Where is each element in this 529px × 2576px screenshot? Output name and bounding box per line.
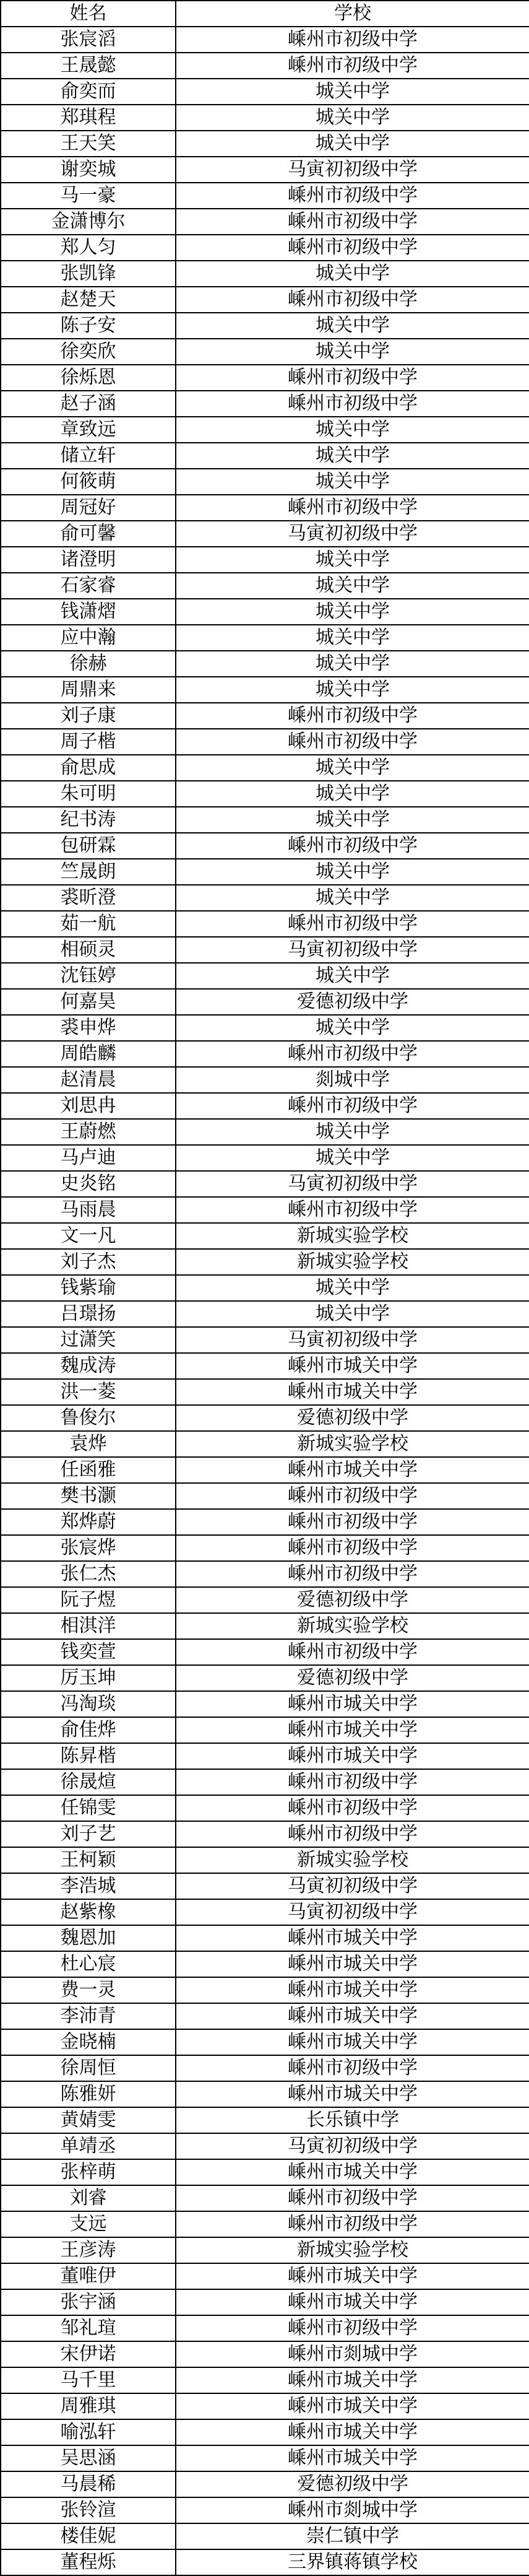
student-name-cell: 张宇涵 <box>1 2289 176 2315</box>
student-name-cell: 周子楷 <box>1 729 176 755</box>
school-cell: 爱德初级中学 <box>176 1665 529 1691</box>
student-name-cell: 应中瀚 <box>1 625 176 651</box>
school-cell: 嵊州市城关中学 <box>176 2289 529 2315</box>
student-name-cell: 陈雅妍 <box>1 2081 176 2107</box>
school-cell: 城关中学 <box>176 651 529 677</box>
school-cell: 城关中学 <box>176 261 529 287</box>
table-row: 吴思涵 嵊州市城关中学 <box>1 2445 529 2471</box>
table-row: 刘睿 嵊州市初级中学 <box>1 2185 529 2211</box>
table-row: 张宇涵 嵊州市城关中学 <box>1 2289 529 2315</box>
column-header-name: 姓名 <box>1 1 176 27</box>
table-row: 任函雅 嵊州市城关中学 <box>1 1457 529 1483</box>
table-row: 徐烁恩 嵊州市初级中学 <box>1 365 529 391</box>
student-name-cell: 马千里 <box>1 2367 176 2393</box>
school-cell: 马寅初初级中学 <box>176 1873 529 1899</box>
school-cell: 嵊州市城关中学 <box>176 1951 529 1977</box>
student-name-cell: 钱奕萱 <box>1 1639 176 1665</box>
table-row: 阮子煜 爱德初级中学 <box>1 1587 529 1613</box>
student-name-cell: 任锦雯 <box>1 1795 176 1821</box>
school-cell: 剡城中学 <box>176 1067 529 1093</box>
school-cell: 城关中学 <box>176 131 529 157</box>
student-name-cell: 魏恩加 <box>1 1925 176 1951</box>
school-cell: 嵊州市城关中学 <box>176 2393 529 2419</box>
table-row: 裘昕澄 城关中学 <box>1 885 529 911</box>
table-row: 过潇笑 马寅初初级中学 <box>1 1327 529 1353</box>
school-cell: 马寅初初级中学 <box>176 2133 529 2159</box>
school-cell: 嵊州市初级中学 <box>176 1509 529 1535</box>
student-name-cell: 竺晟朗 <box>1 859 176 885</box>
table-row: 石家睿 城关中学 <box>1 573 529 599</box>
table-row: 金晓楠 嵊州市城关中学 <box>1 2029 529 2055</box>
student-name-cell: 文一凡 <box>1 1223 176 1249</box>
school-cell: 城关中学 <box>176 573 529 599</box>
table-row: 徐周恒 嵊州市初级中学 <box>1 2055 529 2081</box>
student-name-cell: 郑烨蔚 <box>1 1509 176 1535</box>
student-name-cell: 李沛青 <box>1 2003 176 2029</box>
school-cell: 城关中学 <box>176 547 529 573</box>
student-name-cell: 赵清晨 <box>1 1067 176 1093</box>
school-cell: 嵊州市初级中学 <box>176 1535 529 1561</box>
student-name-cell: 王彦涛 <box>1 2237 176 2263</box>
school-cell: 城关中学 <box>176 105 529 131</box>
school-cell: 城关中学 <box>176 807 529 833</box>
table-row: 俞奕而 城关中学 <box>1 79 529 105</box>
student-name-cell: 王晟懿 <box>1 53 176 79</box>
student-name-cell: 黄婧雯 <box>1 2107 176 2133</box>
school-cell: 嵊州市城关中学 <box>176 1457 529 1483</box>
school-cell: 新城实验学校 <box>176 1613 529 1639</box>
school-cell: 城关中学 <box>176 599 529 625</box>
student-name-cell: 单靖丞 <box>1 2133 176 2159</box>
school-cell: 嵊州市初级中学 <box>176 1795 529 1821</box>
table-row: 裘申烨 城关中学 <box>1 1015 529 1041</box>
school-cell: 城关中学 <box>176 781 529 807</box>
school-cell: 城关中学 <box>176 859 529 885</box>
student-name-cell: 徐周恒 <box>1 2055 176 2081</box>
student-name-cell: 张凯锋 <box>1 261 176 287</box>
table-row: 何筱萌 城关中学 <box>1 469 529 495</box>
table-row: 朱可明 城关中学 <box>1 781 529 807</box>
school-cell: 城关中学 <box>176 417 529 443</box>
student-name-cell: 周冠好 <box>1 495 176 521</box>
school-cell: 嵊州市剡城中学 <box>176 2341 529 2367</box>
student-name-cell: 诸澄明 <box>1 547 176 573</box>
table-row: 沈钰婷 城关中学 <box>1 963 529 989</box>
student-name-cell: 裘申烨 <box>1 1015 176 1041</box>
school-cell: 嵊州市剡城中学 <box>176 2497 529 2523</box>
student-name-cell: 邹礼瑄 <box>1 2315 176 2341</box>
table-row: 宋伊诺 嵊州市剡城中学 <box>1 2341 529 2367</box>
student-name-cell: 王蔚燃 <box>1 1119 176 1145</box>
table-row: 邹礼瑄 嵊州市初级中学 <box>1 2315 529 2341</box>
school-cell: 城关中学 <box>176 339 529 365</box>
student-name-cell: 俞佳烨 <box>1 1717 176 1743</box>
table-row: 诸澄明 城关中学 <box>1 547 529 573</box>
student-name-cell: 马一豪 <box>1 183 176 209</box>
school-cell: 嵊州市初级中学 <box>176 365 529 391</box>
student-name-cell: 鲁俊尔 <box>1 1405 176 1431</box>
student-name-cell: 支远 <box>1 2211 176 2237</box>
student-name-cell: 徐晟煊 <box>1 1769 176 1795</box>
table-row: 章致远 城关中学 <box>1 417 529 443</box>
table-row: 支远 嵊州市初级中学 <box>1 2211 529 2237</box>
student-name-cell: 董程烁 <box>1 2549 176 2575</box>
table-row: 马卢迪 城关中学 <box>1 1145 529 1171</box>
school-cell: 嵊州市初级中学 <box>176 1639 529 1665</box>
student-name-cell: 刘思冉 <box>1 1093 176 1119</box>
school-cell: 嵊州市城关中学 <box>176 2263 529 2289</box>
column-header-school: 学校 <box>176 1 529 27</box>
student-name-cell: 郑人匀 <box>1 235 176 261</box>
student-name-cell: 裘昕澄 <box>1 885 176 911</box>
school-cell: 嵊州市初级中学 <box>176 2211 529 2237</box>
school-cell: 嵊州市初级中学 <box>176 2315 529 2341</box>
table-header: 姓名 学校 <box>1 1 529 27</box>
school-cell: 城关中学 <box>176 625 529 651</box>
table-row: 魏恩加 嵊州市城关中学 <box>1 1925 529 1951</box>
table-row: 相硕灵 马寅初初级中学 <box>1 937 529 963</box>
student-name-cell: 王柯颖 <box>1 1847 176 1873</box>
student-name-cell: 喻泓轩 <box>1 2419 176 2445</box>
school-cell: 新城实验学校 <box>176 1847 529 1873</box>
table-row: 周冠好 嵊州市初级中学 <box>1 495 529 521</box>
student-name-cell: 谢奕城 <box>1 157 176 183</box>
table-row: 俞思成 城关中学 <box>1 755 529 781</box>
student-name-cell: 袁烨 <box>1 1431 176 1457</box>
school-cell: 爱德初级中学 <box>176 1405 529 1431</box>
school-cell: 爱德初级中学 <box>176 2471 529 2497</box>
table-row: 黄婧雯 长乐镇中学 <box>1 2107 529 2133</box>
table-row: 周子楷 嵊州市初级中学 <box>1 729 529 755</box>
school-cell: 嵊州市初级中学 <box>176 1769 529 1795</box>
school-cell: 嵊州市初级中学 <box>176 703 529 729</box>
table-row: 马晨稀 爱德初级中学 <box>1 2471 529 2497</box>
student-name-cell: 钱紫瑜 <box>1 1275 176 1301</box>
student-name-cell: 刘子艺 <box>1 1821 176 1847</box>
school-cell: 嵊州市城关中学 <box>176 2159 529 2185</box>
table-row: 赵清晨 剡城中学 <box>1 1067 529 1093</box>
header-row: 姓名 学校 <box>1 1 529 27</box>
table-row: 杜心宸 嵊州市城关中学 <box>1 1951 529 1977</box>
table-row: 李沛青 嵊州市城关中学 <box>1 2003 529 2029</box>
student-name-cell: 王天笑 <box>1 131 176 157</box>
table-row: 任锦雯 嵊州市初级中学 <box>1 1795 529 1821</box>
table-row: 张宸滔 嵊州市初级中学 <box>1 27 529 53</box>
student-name-cell: 周雅琪 <box>1 2393 176 2419</box>
school-cell: 嵊州市初级中学 <box>176 1041 529 1067</box>
student-name-cell: 魏成涛 <box>1 1353 176 1379</box>
table-row: 应中瀚 城关中学 <box>1 625 529 651</box>
table-row: 周鼎来 城关中学 <box>1 677 529 703</box>
student-name-cell: 阮子煜 <box>1 1587 176 1613</box>
student-name-cell: 张梓萌 <box>1 2159 176 2185</box>
school-cell: 城关中学 <box>176 1015 529 1041</box>
table-row: 张凯锋 城关中学 <box>1 261 529 287</box>
table-row: 厉玉坤 爱德初级中学 <box>1 1665 529 1691</box>
school-cell: 爱德初级中学 <box>176 989 529 1015</box>
school-cell: 嵊州市初级中学 <box>176 911 529 937</box>
student-name-cell: 俞可馨 <box>1 521 176 547</box>
table-row: 刘子艺 嵊州市初级中学 <box>1 1821 529 1847</box>
table-row: 鲁俊尔 爱德初级中学 <box>1 1405 529 1431</box>
table-row: 徐赫 城关中学 <box>1 651 529 677</box>
student-name-cell: 陈子安 <box>1 313 176 339</box>
school-cell: 嵊州市城关中学 <box>176 1925 529 1951</box>
school-cell: 城关中学 <box>176 1301 529 1327</box>
school-cell: 马寅初初级中学 <box>176 1899 529 1925</box>
school-cell: 嵊州市初级中学 <box>176 1561 529 1587</box>
school-cell: 嵊州市初级中学 <box>176 495 529 521</box>
student-name-cell: 周鼎来 <box>1 677 176 703</box>
table-row: 马一豪 嵊州市初级中学 <box>1 183 529 209</box>
table-row: 俞佳烨 嵊州市城关中学 <box>1 1717 529 1743</box>
school-cell: 嵊州市初级中学 <box>176 287 529 313</box>
table-row: 陈子安 城关中学 <box>1 313 529 339</box>
school-cell: 城关中学 <box>176 469 529 495</box>
school-cell: 三界镇蒋镇学校 <box>176 2549 529 2575</box>
student-name-cell: 厉玉坤 <box>1 1665 176 1691</box>
table-row: 李浩城 马寅初初级中学 <box>1 1873 529 1899</box>
table-row: 金潇博尔 嵊州市初级中学 <box>1 209 529 235</box>
school-cell: 城关中学 <box>176 677 529 703</box>
school-cell: 嵊州市初级中学 <box>176 729 529 755</box>
table-row: 钱潇熠 城关中学 <box>1 599 529 625</box>
school-cell: 城关中学 <box>176 313 529 339</box>
student-name-cell: 石家睿 <box>1 573 176 599</box>
student-name-cell: 吕璟扬 <box>1 1301 176 1327</box>
school-cell: 嵊州市城关中学 <box>176 2445 529 2471</box>
student-name-cell: 马卢迪 <box>1 1145 176 1171</box>
school-cell: 马寅初初级中学 <box>176 1171 529 1197</box>
school-cell: 城关中学 <box>176 963 529 989</box>
student-name-cell: 董唯伊 <box>1 2263 176 2289</box>
table-row: 王天笑 城关中学 <box>1 131 529 157</box>
table-row: 董唯伊 嵊州市城关中学 <box>1 2263 529 2289</box>
student-name-cell: 马雨晨 <box>1 1197 176 1223</box>
school-cell: 城关中学 <box>176 885 529 911</box>
student-name-cell: 徐烁恩 <box>1 365 176 391</box>
table-row: 陈昇楷 嵊州市城关中学 <box>1 1743 529 1769</box>
student-name-cell: 过潇笑 <box>1 1327 176 1353</box>
school-cell: 城关中学 <box>176 1119 529 1145</box>
school-cell: 嵊州市初级中学 <box>176 235 529 261</box>
table-row: 马千里 嵊州市城关中学 <box>1 2367 529 2393</box>
student-name-cell: 陈昇楷 <box>1 1743 176 1769</box>
student-name-cell: 张宸烨 <box>1 1535 176 1561</box>
student-name-cell: 赵紫橡 <box>1 1899 176 1925</box>
table-row: 储立轩 城关中学 <box>1 443 529 469</box>
student-name-cell: 赵子涵 <box>1 391 176 417</box>
table-row: 郑人匀 嵊州市初级中学 <box>1 235 529 261</box>
table-row: 吕璟扬 城关中学 <box>1 1301 529 1327</box>
table-row: 马雨晨 嵊州市初级中学 <box>1 1197 529 1223</box>
school-cell: 城关中学 <box>176 1275 529 1301</box>
student-name-cell: 赵楚天 <box>1 287 176 313</box>
table-row: 陈雅妍 嵊州市城关中学 <box>1 2081 529 2107</box>
school-cell: 城关中学 <box>176 79 529 105</box>
student-name-cell: 李浩城 <box>1 1873 176 1899</box>
student-name-cell: 沈钰婷 <box>1 963 176 989</box>
student-name-cell: 俞奕而 <box>1 79 176 105</box>
table-row: 王柯颖 新城实验学校 <box>1 1847 529 1873</box>
school-cell: 嵊州市初级中学 <box>176 1821 529 1847</box>
table-row: 史炎铭 马寅初初级中学 <box>1 1171 529 1197</box>
table-row: 刘子杰 新城实验学校 <box>1 1249 529 1275</box>
student-name-cell: 俞思成 <box>1 755 176 781</box>
student-name-cell: 纪书涛 <box>1 807 176 833</box>
student-name-cell: 马晨稀 <box>1 2471 176 2497</box>
school-cell: 嵊州市城关中学 <box>176 2029 529 2055</box>
school-cell: 嵊州市城关中学 <box>176 2419 529 2445</box>
student-name-cell: 储立轩 <box>1 443 176 469</box>
table-row: 钱奕萱 嵊州市初级中学 <box>1 1639 529 1665</box>
student-name-cell: 相硕灵 <box>1 937 176 963</box>
student-name-cell: 楼佳妮 <box>1 2523 176 2549</box>
student-name-cell: 洪一菱 <box>1 1379 176 1405</box>
table-row: 竺晟朗 城关中学 <box>1 859 529 885</box>
school-cell: 马寅初初级中学 <box>176 157 529 183</box>
table-row: 张梓萌 嵊州市城关中学 <box>1 2159 529 2185</box>
student-name-cell: 何嘉昊 <box>1 989 176 1015</box>
table-row: 王蔚燃 城关中学 <box>1 1119 529 1145</box>
school-cell: 城关中学 <box>176 755 529 781</box>
table-row: 徐奕欣 城关中学 <box>1 339 529 365</box>
school-cell: 嵊州市初级中学 <box>176 833 529 859</box>
table-row: 纪书涛 城关中学 <box>1 807 529 833</box>
table-row: 王晟懿 嵊州市初级中学 <box>1 53 529 79</box>
table-row: 赵子涵 嵊州市初级中学 <box>1 391 529 417</box>
school-cell: 嵊州市城关中学 <box>176 1379 529 1405</box>
school-cell: 新城实验学校 <box>176 1431 529 1457</box>
school-cell: 嵊州市城关中学 <box>176 1743 529 1769</box>
table-row: 郑琪程 城关中学 <box>1 105 529 131</box>
school-cell: 嵊州市城关中学 <box>176 1353 529 1379</box>
student-name-cell: 金潇博尔 <box>1 209 176 235</box>
student-name-cell: 徐奕欣 <box>1 339 176 365</box>
student-name-cell: 刘子康 <box>1 703 176 729</box>
table-row: 刘子康 嵊州市初级中学 <box>1 703 529 729</box>
table-row: 张宸烨 嵊州市初级中学 <box>1 1535 529 1561</box>
student-name-cell: 刘子杰 <box>1 1249 176 1275</box>
school-cell: 嵊州市初级中学 <box>176 183 529 209</box>
table-row: 喻泓轩 嵊州市城关中学 <box>1 2419 529 2445</box>
student-name-cell: 宋伊诺 <box>1 2341 176 2367</box>
table-row: 茹一航 嵊州市初级中学 <box>1 911 529 937</box>
table-row: 周雅琪 嵊州市城关中学 <box>1 2393 529 2419</box>
school-cell: 嵊州市初级中学 <box>176 1483 529 1509</box>
school-cell: 马寅初初级中学 <box>176 937 529 963</box>
student-name-cell: 任函雅 <box>1 1457 176 1483</box>
table-row: 魏成涛 嵊州市城关中学 <box>1 1353 529 1379</box>
student-name-cell: 张仁杰 <box>1 1561 176 1587</box>
table-body: 张宸滔 嵊州市初级中学 王晟懿 嵊州市初级中学 俞奕而 城关中学 郑琪程 城关中… <box>1 27 529 2575</box>
school-cell: 嵊州市初级中学 <box>176 2055 529 2081</box>
table-row: 洪一菱 嵊州市城关中学 <box>1 1379 529 1405</box>
school-cell: 城关中学 <box>176 443 529 469</box>
table-row: 董程烁 三界镇蒋镇学校 <box>1 2549 529 2575</box>
student-name-cell: 章致远 <box>1 417 176 443</box>
school-cell: 嵊州市城关中学 <box>176 1691 529 1717</box>
table-row: 徐晟煊 嵊州市初级中学 <box>1 1769 529 1795</box>
student-name-cell: 周皓麟 <box>1 1041 176 1067</box>
school-cell: 嵊州市城关中学 <box>176 2081 529 2107</box>
student-name-cell: 茹一航 <box>1 911 176 937</box>
student-name-cell: 钱潇熠 <box>1 599 176 625</box>
table-row: 俞可馨 马寅初初级中学 <box>1 521 529 547</box>
table-row: 刘思冉 嵊州市初级中学 <box>1 1093 529 1119</box>
school-cell: 嵊州市城关中学 <box>176 1717 529 1743</box>
school-cell: 嵊州市初级中学 <box>176 2185 529 2211</box>
table-row: 何嘉昊 爱德初级中学 <box>1 989 529 1015</box>
student-name-cell: 吴思涵 <box>1 2445 176 2471</box>
school-cell: 城关中学 <box>176 1145 529 1171</box>
school-cell: 嵊州市城关中学 <box>176 1977 529 2003</box>
student-name-cell: 何筱萌 <box>1 469 176 495</box>
student-school-table: 姓名 学校 张宸滔 嵊州市初级中学 王晟懿 嵊州市初级中学 俞奕而 城关中学 郑… <box>0 0 529 2576</box>
table-row: 袁烨 新城实验学校 <box>1 1431 529 1457</box>
school-cell: 新城实验学校 <box>176 1249 529 1275</box>
student-name-cell: 樊书灏 <box>1 1483 176 1509</box>
school-cell: 马寅初初级中学 <box>176 1327 529 1353</box>
table-row: 赵楚天 嵊州市初级中学 <box>1 287 529 313</box>
school-cell: 崇仁镇中学 <box>176 2523 529 2549</box>
table-row: 樊书灏 嵊州市初级中学 <box>1 1483 529 1509</box>
table-row: 谢奕城 马寅初初级中学 <box>1 157 529 183</box>
table-row: 单靖丞 马寅初初级中学 <box>1 2133 529 2159</box>
table-row: 包研霖 嵊州市初级中学 <box>1 833 529 859</box>
school-cell: 嵊州市城关中学 <box>176 2367 529 2393</box>
student-name-cell: 张铃渲 <box>1 2497 176 2523</box>
school-cell: 嵊州市初级中学 <box>176 209 529 235</box>
table-row: 楼佳妮 崇仁镇中学 <box>1 2523 529 2549</box>
table-row: 相淇洋 新城实验学校 <box>1 1613 529 1639</box>
school-cell: 嵊州市初级中学 <box>176 53 529 79</box>
school-cell: 爱德初级中学 <box>176 1587 529 1613</box>
school-cell: 嵊州市城关中学 <box>176 2003 529 2029</box>
school-cell: 嵊州市初级中学 <box>176 391 529 417</box>
table-row: 文一凡 新城实验学校 <box>1 1223 529 1249</box>
school-cell: 嵊州市初级中学 <box>176 1197 529 1223</box>
table-row: 郑烨蔚 嵊州市初级中学 <box>1 1509 529 1535</box>
school-cell: 新城实验学校 <box>176 1223 529 1249</box>
student-name-cell: 相淇洋 <box>1 1613 176 1639</box>
student-name-cell: 朱可明 <box>1 781 176 807</box>
student-name-cell: 金晓楠 <box>1 2029 176 2055</box>
school-cell: 长乐镇中学 <box>176 2107 529 2133</box>
student-name-cell: 杜心宸 <box>1 1951 176 1977</box>
student-name-cell: 郑琪程 <box>1 105 176 131</box>
student-name-cell: 张宸滔 <box>1 27 176 53</box>
table-row: 冯淘琰 嵊州市城关中学 <box>1 1691 529 1717</box>
student-name-cell: 包研霖 <box>1 833 176 859</box>
table-row: 钱紫瑜 城关中学 <box>1 1275 529 1301</box>
school-cell: 新城实验学校 <box>176 2237 529 2263</box>
school-cell: 嵊州市初级中学 <box>176 27 529 53</box>
student-name-cell: 刘睿 <box>1 2185 176 2211</box>
table-row: 周皓麟 嵊州市初级中学 <box>1 1041 529 1067</box>
table-row: 费一灵 嵊州市城关中学 <box>1 1977 529 2003</box>
table-row: 张仁杰 嵊州市初级中学 <box>1 1561 529 1587</box>
student-name-cell: 冯淘琰 <box>1 1691 176 1717</box>
student-name-cell: 史炎铭 <box>1 1171 176 1197</box>
school-cell: 嵊州市初级中学 <box>176 1093 529 1119</box>
student-name-cell: 徐赫 <box>1 651 176 677</box>
student-name-cell: 费一灵 <box>1 1977 176 2003</box>
table-row: 张铃渲 嵊州市剡城中学 <box>1 2497 529 2523</box>
school-cell: 马寅初初级中学 <box>176 521 529 547</box>
table-row: 赵紫橡 马寅初初级中学 <box>1 1899 529 1925</box>
table-row: 王彦涛 新城实验学校 <box>1 2237 529 2263</box>
